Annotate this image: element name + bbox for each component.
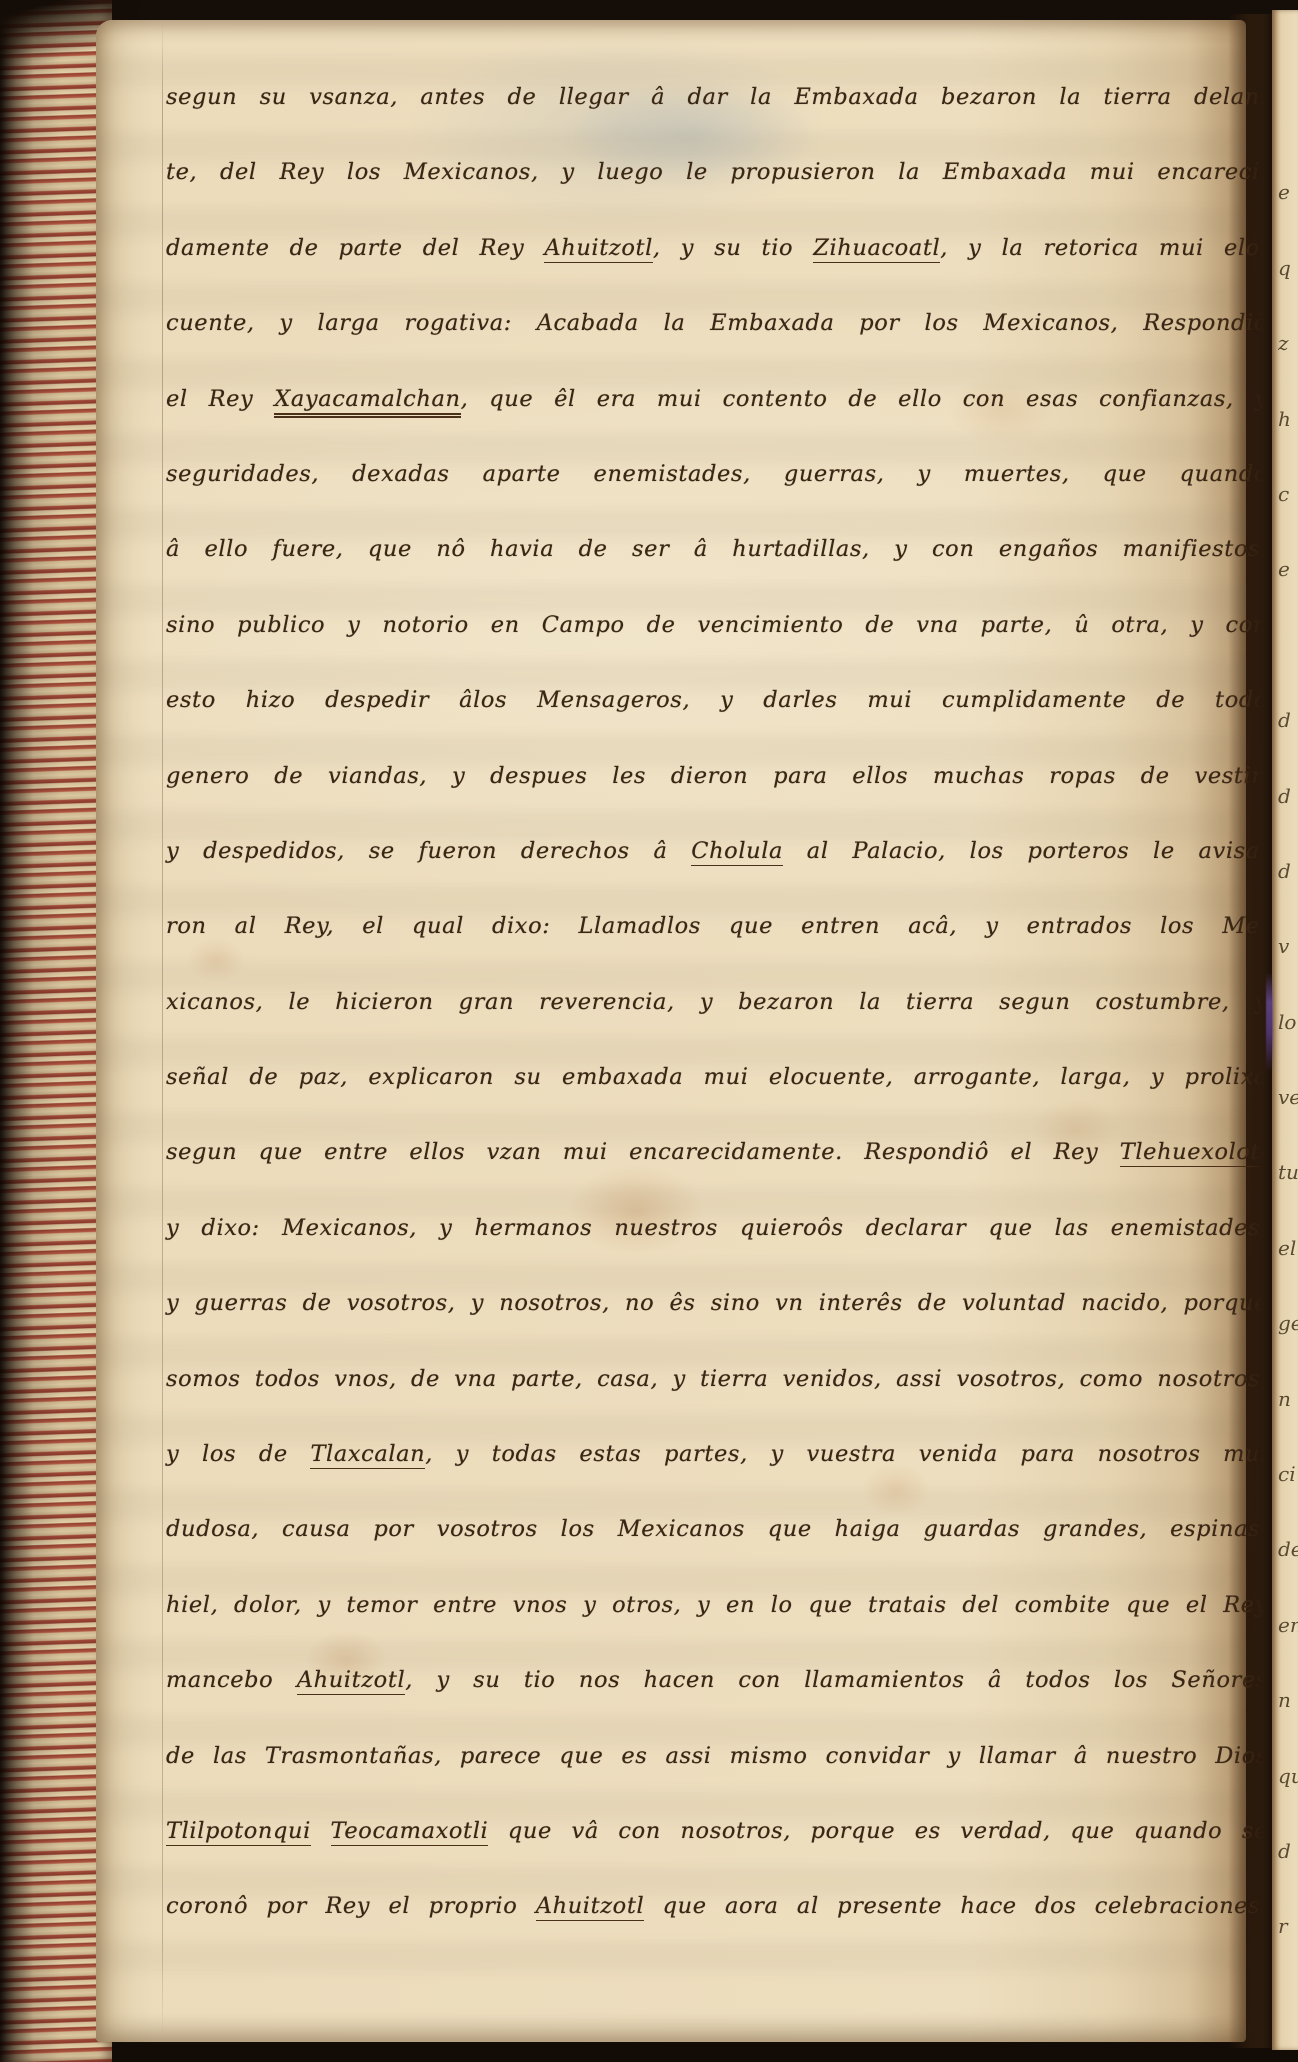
underlined-name: Zihuacoatl: [813, 235, 940, 263]
underlined-name: Ahuitzotl: [544, 235, 653, 263]
manuscript-line: cuente, y larga rogativa: Acabada la Emb…: [166, 286, 1268, 361]
facing-page-text-fragment: n: [1278, 1663, 1298, 1738]
facing-page-text-fragment: q: [1278, 231, 1298, 306]
manuscript-line: dudosa, causa por vosotros los Mexicanos…: [166, 1492, 1268, 1567]
manuscript-line: xicanos, le hicieron gran reverencia, y …: [166, 965, 1268, 1040]
underlined-name: Cholula: [691, 838, 783, 866]
facing-page-text-fragment: d: [1278, 834, 1298, 909]
purple-ink-smudge: [1266, 972, 1273, 1072]
facing-page-text-fragment: en: [1278, 1588, 1298, 1663]
facing-page-text-fragment: c: [1278, 457, 1298, 532]
facing-page-text-fragment: e: [1278, 155, 1298, 230]
manuscript-line: sino publico y notorio en Campo de venci…: [166, 588, 1268, 663]
facing-page-edge: eqzhcedddvlovetuelgencideennqudr: [1272, 10, 1298, 2050]
manuscript-line: Tlilpotonqui Teocamaxotli que vâ con nos…: [166, 1794, 1268, 1869]
manuscript-line: de las Trasmontañas, parece que es assi …: [166, 1719, 1268, 1794]
scanned-book-photo: { "document": { "kind": "handwritten man…: [0, 0, 1298, 2062]
facing-page-text-fragments: eqzhcedddvlovetuelgencideennqudr: [1278, 80, 1298, 1965]
facing-page-text-fragment: n: [1278, 1362, 1298, 1437]
manuscript-line: el Rey Xayacamalchan, que êl era mui con…: [166, 362, 1268, 437]
facing-page-text-fragment: de: [1278, 1512, 1298, 1587]
manuscript-line: ron al Rey, el qual dixo: Llamadlos que …: [166, 889, 1268, 964]
facing-page-text-fragment: r: [1278, 1889, 1298, 1964]
facing-page-text-fragment: z: [1278, 306, 1298, 381]
facing-page-text-fragment: d: [1278, 683, 1298, 758]
margin-rule-line: [162, 20, 163, 2042]
underlined-name: Xayacamalchan: [274, 386, 460, 418]
facing-page-text-fragment: v: [1278, 909, 1298, 984]
manuscript-line: señal de paz, explicaron su embaxada mui…: [166, 1040, 1268, 1115]
facing-page-text-fragment: h: [1278, 382, 1298, 457]
manuscript-line: damente de parte del Rey Ahuitzotl, y su…: [166, 211, 1268, 286]
facing-page-text-fragment: d: [1278, 1814, 1298, 1889]
manuscript-line: y los de Tlaxcalan, y todas estas partes…: [166, 1417, 1268, 1492]
facing-page-text-fragment: [1278, 608, 1298, 683]
manuscript-line: coronô por Rey el proprio Ahuitzotl que …: [166, 1869, 1268, 1944]
manuscript-line: genero de viandas, y despues les dieron …: [166, 739, 1268, 814]
manuscript-line: somos todos vnos, de vna parte, casa, y …: [166, 1342, 1268, 1417]
manuscript-text: segun su vsanza, antes de llegar â dar l…: [166, 60, 1268, 1945]
facing-page-text-fragment: e: [1278, 532, 1298, 607]
manuscript-line: seguridades, dexadas aparte enemistades,…: [166, 437, 1268, 512]
manuscript-line: â ello fuere, que nô havia de ser â hurt…: [166, 512, 1268, 587]
underlined-name: Ahuitzotl: [297, 1667, 406, 1695]
manuscript-line: te, del Rey los Mexicanos, y luego le pr…: [166, 135, 1268, 210]
manuscript-line: segun que entre ellos vzan mui encarecid…: [166, 1115, 1268, 1190]
underlined-name: Teocamaxotli: [331, 1818, 489, 1846]
manuscript-line: mancebo Ahuitzotl, y su tio nos hacen co…: [166, 1643, 1268, 1718]
facing-page-text-fragment: el: [1278, 1211, 1298, 1286]
facing-page-text-fragment: ge: [1278, 1286, 1298, 1361]
facing-page-text-fragment: ve: [1278, 1060, 1298, 1135]
manuscript-page: segun su vsanza, antes de llegar â dar l…: [96, 20, 1246, 2042]
manuscript-line: segun su vsanza, antes de llegar â dar l…: [166, 60, 1268, 135]
manuscript-line: y dixo: Mexicanos, y hermanos nuestros q…: [166, 1191, 1268, 1266]
manuscript-line: esto hizo despedir âlos Mensageros, y da…: [166, 663, 1268, 738]
manuscript-line: y despedidos, se fueron derechos â Cholu…: [166, 814, 1268, 889]
facing-page-text-fragment: d: [1278, 759, 1298, 834]
facing-page-text-fragment: ci: [1278, 1437, 1298, 1512]
facing-page-text-fragment: qu: [1278, 1739, 1298, 1814]
underlined-name: Tlilpotonqui: [166, 1818, 311, 1846]
manuscript-line: y guerras de vosotros, y nosotros, no ês…: [166, 1266, 1268, 1341]
facing-page-text-fragment: lo: [1278, 985, 1298, 1060]
manuscript-line: hiel, dolor, y temor entre vnos y otros,…: [166, 1568, 1268, 1643]
facing-page-text-fragment: [1278, 80, 1298, 155]
underlined-name: Tlaxcalan: [310, 1441, 425, 1469]
underlined-name: Ahuitzotl: [536, 1893, 645, 1921]
facing-page-text-fragment: tu: [1278, 1135, 1298, 1210]
